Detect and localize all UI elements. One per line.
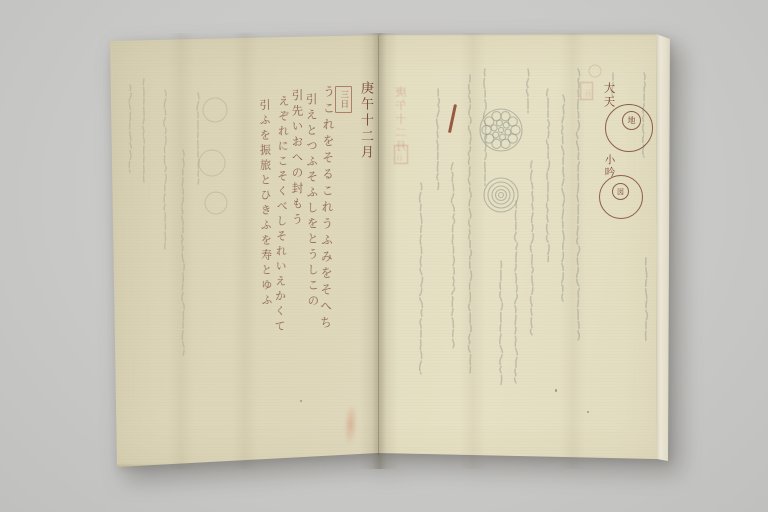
large-circle-label: 大天	[603, 82, 615, 109]
paper-crease	[168, 33, 194, 469]
paper-crease	[232, 33, 258, 469]
date-header: 庚午十二月	[359, 81, 372, 161]
photo-background: 庚午十二月 三日 うこれをそるこれうふみをそへち 引えとつふそふしをとうしこの …	[0, 0, 768, 512]
ghost-day-box: 二日	[394, 145, 408, 164]
paper-speck	[555, 389, 557, 392]
calligraphy-column: 引先いおへの封もう	[291, 89, 303, 229]
ghost-mirrored-header: 庚午十二月	[396, 86, 407, 154]
large-circle-inner-glyph: 地	[622, 111, 641, 130]
calligraphy-column: うこれをそるこれうふみをそへち	[319, 85, 334, 333]
paper-crease	[460, 33, 486, 469]
ghost-day-box: 二日	[580, 82, 593, 100]
small-circle-inner-glyph: 図	[612, 183, 629, 200]
paper-speck	[587, 411, 589, 413]
paper-speck	[300, 400, 302, 402]
seal-smudge	[343, 407, 359, 446]
fore-edge	[655, 34, 670, 461]
day-label-box: 三日	[335, 86, 352, 113]
manuscript-book: 庚午十二月 三日 うこれをそるこれうふみをそへち 引えとつふそふしをとうしこの …	[108, 33, 670, 469]
calligraphy-column: 引えとつふそふしをとうしこの	[305, 93, 318, 310]
calligraphy-column: 引ふを振旅とひきふを寿とゆふ	[259, 99, 272, 309]
gutter-line	[378, 35, 379, 455]
